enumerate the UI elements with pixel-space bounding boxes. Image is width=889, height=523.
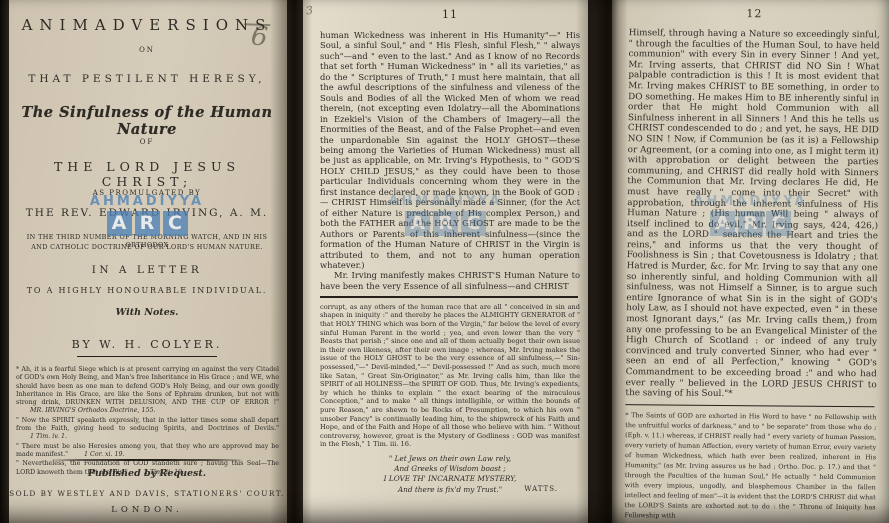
seller-line: SOLD BY WESTLEY AND DAVIS, STATIONERS' C… [7, 489, 287, 498]
title-gothic-line: The Sinfulness of the Human Nature [7, 104, 287, 138]
book-left-edge-shadow [0, 0, 9, 523]
by-line-underline [77, 356, 217, 357]
title-christ-line: THE LORD JESUS CHRIST; [7, 159, 287, 189]
footnote-ref: 1 Tim. iv. 1. [30, 433, 67, 440]
city-line: LONDON. [7, 505, 287, 515]
body-paragraph: human Wickedness was inherent in His Hum… [320, 30, 580, 270]
page-12-body: Himself, through having a Nature so exce… [626, 28, 880, 401]
title-page: 6 ANIMADVERSIONS ON THAT PESTILENT HERES… [7, 0, 287, 523]
title-series-line-2: AND CATHOLIC DOCTRINE OF OUR LORD'S HUMA… [7, 243, 287, 251]
book-title: ANIMADVERSIONS [7, 16, 287, 34]
footnote-text: " Now the SPIRIT speaketh expressly, tha… [16, 417, 279, 432]
title-promulgated: AS PROMULGATED BY [7, 189, 287, 197]
title-author-line: THE REV. EDWARD IRVING, A. M. [7, 207, 287, 219]
page-11-content: 11 human Wickedness was inherent in His … [303, 0, 588, 523]
page-12-content: 12 Himself, through having a Nature so e… [612, 0, 889, 523]
title-by-line: BY W. H. COLYER. [7, 338, 287, 351]
page-12: 12 Himself, through having a Nature so e… [612, 0, 889, 523]
imprint-flourish-rule [52, 459, 242, 461]
footnote-text: * Ah, it is a fearful Siege which is at … [16, 366, 279, 406]
title-letter-line: IN A LETTER [7, 264, 287, 276]
footnote-separator [320, 296, 578, 298]
body-paragraph: Mr. Irving manifestly makes CHRIST'S Hum… [320, 270, 580, 291]
watts-verse: " Let Jews on their own Law rely, And Gr… [320, 454, 580, 495]
title-footnote: * Ah, it is a fearful Siege which is at … [16, 366, 279, 416]
published-by-request: Published by Request. [7, 468, 287, 479]
verse-attribution: WATTS. [524, 484, 558, 494]
verse-line: " Let Jews on their own Law rely, [320, 454, 580, 464]
title-on-label: ON [7, 46, 287, 54]
page-number: 12 [629, 6, 880, 21]
footnote-ref: MR. IRVING'S Orthodox Doctrine, 155. [30, 407, 155, 414]
title-heresy-line: THAT PESTILENT HERESY, [7, 73, 287, 85]
title-of-label: OF [7, 138, 287, 146]
page-12-footnote: * The Saints of GOD are exhorted in His … [624, 410, 876, 522]
verse-line: And Greeks of Wisdom boast ; [320, 464, 580, 474]
title-footnotes: * Ah, it is a fearful Siege which is at … [16, 366, 279, 478]
page-number: 11 [320, 8, 580, 21]
page-11-body: human Wickedness was inherent in His Hum… [320, 30, 580, 291]
page-11: 3 11 human Wickedness was inherent in Hi… [303, 0, 588, 523]
title-addressee: TO A HIGHLY HONOURABLE INDIVIDUAL. [7, 286, 287, 295]
page-11-footnote: corrupt, as any others of the human race… [320, 303, 580, 449]
title-footnote: " There must be also Heresies among you,… [16, 443, 279, 460]
open-book-photo: 6 ANIMADVERSIONS ON THAT PESTILENT HERES… [0, 0, 889, 523]
title-with-notes: With Notes. [7, 307, 287, 318]
footnote-separator [625, 404, 874, 408]
footnote-text: " There must be also Heresies among you,… [16, 443, 279, 458]
footnote-ref: 1 Cor. xi. 19. [84, 451, 125, 458]
title-footnote: " Now the SPIRIT speaketh expressly, tha… [16, 417, 279, 442]
